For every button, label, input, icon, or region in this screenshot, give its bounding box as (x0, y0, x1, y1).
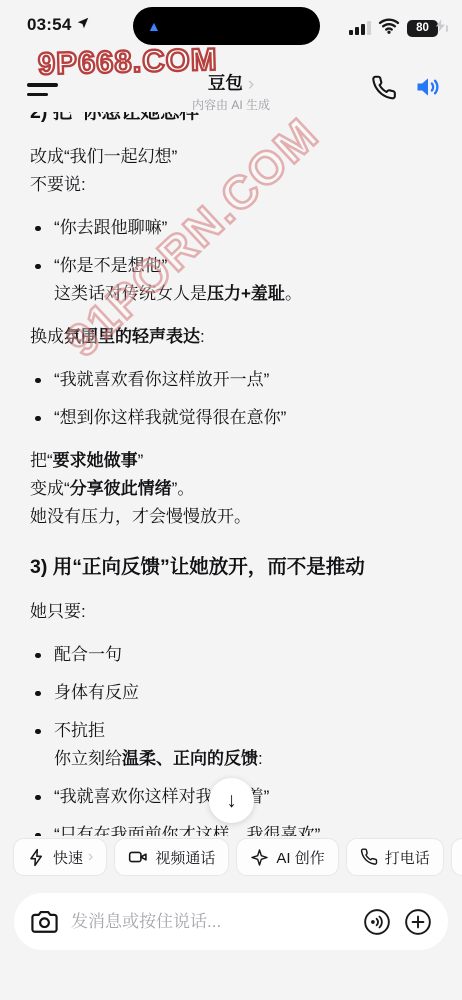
chat-text: 变成“ (30, 479, 70, 498)
chat-line: “你去跟他聊嘛” (54, 214, 432, 242)
toolbar-chip-视频通话[interactable]: 视频通话 (114, 838, 229, 876)
chat-text: 把“ (30, 451, 53, 470)
chat-text: 3) 用“正向反馈”让她放开，而不是推动 (30, 556, 365, 578)
chat-bullet-item: 不抗拒你立刻给温柔、正向的反馈: (30, 717, 432, 773)
chat-text: : (200, 327, 205, 346)
chat-text-bold: 分享彼此情绪 (70, 479, 172, 498)
chat-line: 不抗拒 (54, 717, 432, 745)
chat-line: 3) 用“正向反馈”让她放开，而不是推动 (30, 552, 432, 583)
chat-bullet-item: “想到你这样我就觉得很在意你” (30, 404, 432, 432)
location-arrow-icon (76, 16, 90, 35)
app-screen: 03:54 ▲ 80 (0, 0, 462, 1000)
chat-paragraph: 改成“我们一起幻想”不要说: (30, 143, 432, 199)
chat-bullet-item: “你去跟他聊嘛” (30, 214, 432, 242)
chat-text: 她只要: (30, 602, 86, 621)
chat-line: 2) 把“你想让她怎样” (30, 112, 432, 128)
chat-text-bold: 温柔、正向的反馈 (122, 749, 258, 768)
lightning-icon (27, 848, 46, 867)
chat-line: 她没有压力，才会慢慢放开。 (30, 503, 432, 531)
navigation-arrow-icon: ▲ (147, 17, 161, 35)
chat-line: “我就喜欢看你这样放开一点” (54, 366, 432, 394)
chat-text: ”。 (172, 479, 195, 498)
chevron-right-icon: › (88, 848, 93, 866)
sparkle-icon (250, 848, 269, 867)
camera-icon[interactable] (30, 907, 59, 936)
chat-text: 不抗拒 (54, 721, 105, 740)
chat-text: “我就喜欢看你这样放开一点” (54, 370, 269, 389)
chat-text-bold: 氛围里的轻声表达 (64, 327, 200, 346)
chat-text: 你立刻给 (54, 749, 122, 768)
chat-line: 配合一句 (54, 641, 432, 669)
voice-call-icon[interactable] (371, 75, 397, 106)
quick-actions-toolbar: 快速›视频通话AI 创作打电话A (0, 838, 462, 878)
scroll-to-bottom-button[interactable]: ↓ (209, 778, 254, 823)
chat-text: 改成“我们一起幻想” (30, 147, 177, 166)
chat-header: 豆包› 内容由 AI 生成 (0, 50, 462, 112)
chat-message-content: 2) 把“你想让她怎样”改成“我们一起幻想”不要说:“你去跟他聊嘛”“你是不是想… (0, 112, 462, 836)
clock-time: 03:54 (27, 15, 71, 35)
chat-bullet-item: “你是不是想他”这类话对传统女人是压力+羞耻。 (30, 252, 432, 308)
chat-paragraph: 换成氛围里的轻声表达: (30, 323, 432, 351)
chat-heading: 3) 用“正向反馈”让她放开，而不是推动 (30, 552, 432, 583)
chip-label: 快速 (53, 847, 83, 868)
chat-line: 变成“分享彼此情绪”。 (30, 475, 432, 503)
chat-heading: 2) 把“你想让她怎样” (30, 112, 432, 128)
chat-text: 。 (285, 284, 302, 303)
chip-label: 打电话 (385, 847, 430, 868)
chat-text: 配合一句 (54, 645, 122, 664)
chat-line: “想到你这样我就觉得很在意你” (54, 404, 432, 432)
dynamic-island: ▲ (133, 7, 320, 45)
chat-text: “你去跟他聊嘛” (54, 218, 167, 237)
status-bar: 03:54 ▲ 80 (0, 0, 462, 50)
chat-bullet-item: “只有在我面前你才这样，我很喜欢” (30, 821, 432, 836)
chat-text: 她没有压力，才会慢慢放开。 (30, 507, 251, 526)
wifi-icon (378, 17, 400, 39)
toolbar-chip-打电话[interactable]: 打电话 (346, 838, 444, 876)
toolbar-chip-A[interactable]: A (451, 838, 462, 876)
battery-icon: 80 (407, 19, 448, 37)
chat-bullet-item: 身体有反应 (30, 679, 432, 707)
message-input-bar (14, 893, 448, 950)
chat-paragraph: 她只要: (30, 598, 432, 626)
speaker-icon[interactable] (414, 73, 442, 106)
chat-line: 身体有反应 (54, 679, 432, 707)
chat-bullet-list: “我就喜欢看你这样放开一点”“想到你这样我就觉得很在意你” (30, 366, 432, 432)
voice-wave-icon[interactable] (363, 908, 391, 936)
chat-line: 这类话对传统女人是压力+羞耻。 (54, 280, 432, 308)
chat-line: 不要说: (30, 171, 432, 199)
chat-line: 把“要求她做事” (30, 447, 432, 475)
chat-paragraph: 把“要求她做事”变成“分享彼此情绪”。她没有压力，才会慢慢放开。 (30, 447, 432, 531)
chat-text: “只有在我面前你才这样，我很喜欢” (54, 825, 320, 836)
chat-text: 2) 把“你想让她怎样” (30, 112, 209, 123)
arrow-down-icon: ↓ (226, 789, 237, 813)
toolbar-chip-AI 创作[interactable]: AI 创作 (236, 838, 338, 876)
chat-bullet-item: 配合一句 (30, 641, 432, 669)
message-input[interactable] (71, 912, 351, 932)
chevron-right-icon: › (248, 74, 254, 95)
toolbar-chip-快速[interactable]: 快速› (13, 838, 107, 876)
chat-text-bold: 压力+羞耻 (207, 284, 285, 303)
page-title: 豆包 (208, 70, 243, 95)
chat-line: 换成氛围里的轻声表达: (30, 323, 432, 351)
battery-percent: 80 (407, 20, 438, 37)
chat-text: “想到你这样我就觉得很在意你” (54, 408, 286, 427)
chat-text: 换成 (30, 327, 64, 346)
phone-icon (360, 848, 378, 866)
chat-line: “只有在我面前你才这样，我很喜欢” (54, 821, 432, 836)
plus-icon[interactable] (404, 908, 432, 936)
chat-line: 你立刻给温柔、正向的反馈: (54, 745, 432, 773)
charging-bolt-icon (436, 19, 445, 37)
chat-line: 改成“我们一起幻想” (30, 143, 432, 171)
chat-text: 不要说: (30, 175, 86, 194)
chat-text: ” (138, 451, 144, 470)
chat-text: : (258, 749, 263, 768)
chat-text: 这类话对传统女人是 (54, 284, 207, 303)
chat-text: “你是不是想他” (54, 256, 167, 275)
chat-line: “你是不是想他” (54, 252, 432, 280)
chat-bullet-item: “我就喜欢看你这样放开一点” (30, 366, 432, 394)
video-icon (128, 847, 148, 867)
chat-text: 身体有反应 (54, 683, 139, 702)
chip-label: AI 创作 (276, 847, 324, 868)
chat-line: 她只要: (30, 598, 432, 626)
cellular-signal-icon (349, 21, 371, 35)
chat-text-bold: 要求她做事 (53, 451, 138, 470)
chip-label: 视频通话 (155, 847, 215, 868)
chat-bullet-list: “你去跟他聊嘛”“你是不是想他”这类话对传统女人是压力+羞耻。 (30, 214, 432, 308)
